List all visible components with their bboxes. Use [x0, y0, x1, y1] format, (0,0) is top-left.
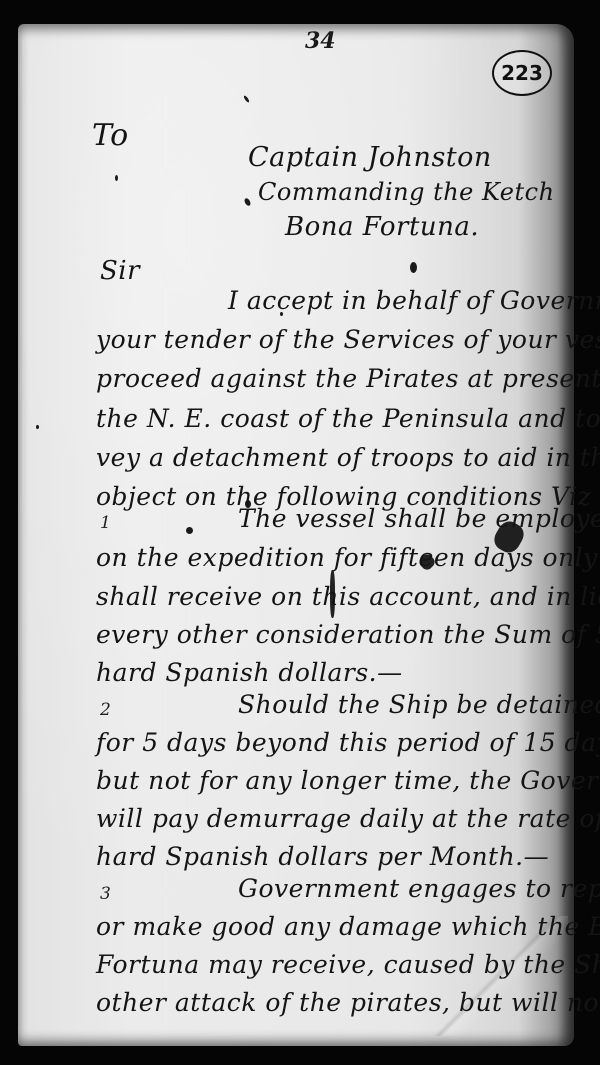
archive-stamp-number: 223	[492, 50, 552, 96]
ink-speck	[115, 175, 118, 181]
body-line: I accept in behalf of Government	[228, 286, 600, 315]
condition-line: hard Spanish dollars per Month.—	[96, 842, 549, 871]
greeting: Sir	[100, 256, 140, 286]
salutation-prefix: To	[92, 118, 129, 153]
body-line: vey a detachment of troops to aid in tha…	[96, 443, 600, 472]
stamp-number-text: 223	[501, 61, 543, 85]
condition-line: but not for any longer time, the Governm…	[96, 766, 600, 795]
ink-speck	[36, 425, 39, 429]
condition-line: for 5 days beyond this period of 15 days…	[96, 728, 600, 757]
body-line: proceed against the Pirates at present i…	[96, 364, 600, 393]
condition-number: 3	[100, 884, 111, 904]
folio-number: 34	[305, 28, 336, 54]
condition-line: The vessel shall be employed	[238, 504, 600, 533]
condition-line: on the expedition for fifteen days only …	[96, 543, 600, 572]
addressee-vessel: Bona Fortuna.	[285, 212, 479, 242]
condition-line: shall receive on this account, and in li…	[96, 582, 600, 611]
condition-line: or make good any damage which the Bona	[96, 912, 600, 941]
addressee-title: Commanding the Ketch	[258, 178, 555, 206]
condition-line: every other consideration the Sum of 500	[96, 620, 600, 649]
condition-line: Fortuna may receive, caused by the Shots…	[96, 950, 600, 979]
body-line: the N. E. coast of the Peninsula and to …	[96, 404, 600, 433]
condition-line: Should the Ship be detained	[238, 690, 600, 719]
addressee-name: Captain Johnston	[248, 142, 492, 173]
ink-speck	[410, 262, 417, 273]
ink-speck	[186, 527, 193, 534]
condition-number: 2	[100, 700, 111, 720]
condition-line: other attack of the pirates, but will no…	[96, 988, 600, 1017]
condition-line: will pay demurrage daily at the rate of …	[96, 804, 600, 833]
condition-line: hard Spanish dollars.—	[96, 658, 403, 687]
condition-line: Government engages to repair	[238, 874, 600, 903]
condition-number: 1	[100, 513, 111, 533]
body-line: your tender of the Services of your vess…	[96, 325, 600, 354]
